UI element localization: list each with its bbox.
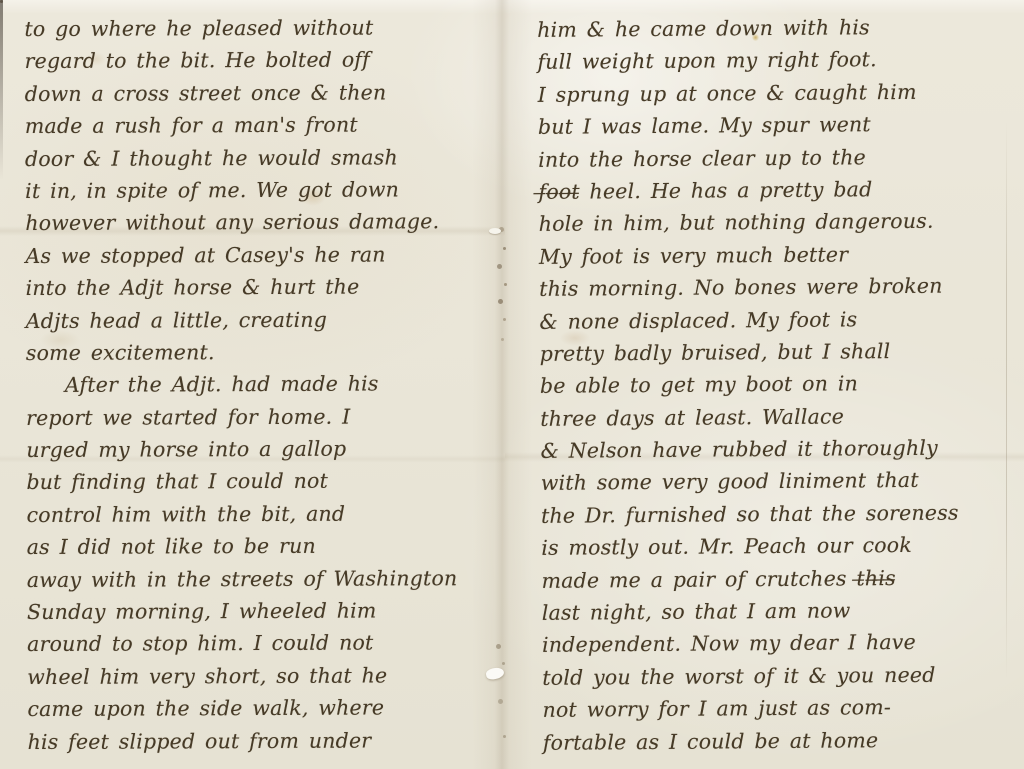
handwritten-line: but finding that I could not (26, 464, 494, 498)
letter-page-left: to go where he pleased withoutregard to … (24, 11, 495, 758)
handwritten-line: some excitement. (26, 335, 494, 369)
handwritten-line: full weight upon my right foot. (537, 43, 1005, 79)
handwritten-line: regard to the bit. He bolted off (25, 43, 493, 77)
handwritten-line: wheel him very short, so that he (27, 659, 495, 693)
letter-page-right: him & he came down with hisfull weight u… (537, 10, 1011, 759)
handwritten-line: him & he came down with his (537, 10, 1005, 46)
handwritten-line: it in, in spite of me. We got down (25, 173, 493, 207)
handwritten-line: away with in the streets of Washington (27, 562, 495, 596)
handwritten-line: door & I thought he would smash (25, 141, 493, 175)
handwritten-line: down a cross street once & then (25, 76, 493, 110)
handwritten-line: Adjts head a little, creating (26, 302, 494, 336)
handwritten-line: three days at least. Wallace (540, 399, 1008, 435)
handwritten-line: After the Adjt. had made his (26, 367, 494, 401)
handwritten-line: be able to get my boot on in (540, 366, 1008, 402)
handwritten-line: made a rush for a man's front (25, 108, 493, 142)
handwritten-line: but I was lame. My spur went (538, 107, 1006, 143)
handwritten-line: urged my horse into a gallop (26, 432, 494, 466)
handwritten-line: & Nelson have rubbed it thoroughly (540, 431, 1008, 467)
handwritten-line: around to stop him. I could not (27, 626, 495, 660)
handwritten-line: told you the worst of it & you need (542, 658, 1010, 694)
handwritten-line: into the Adjt horse & hurt the (26, 270, 494, 304)
handwritten-line: made me a pair of crutches t̶h̶i̶s̶ (541, 561, 1009, 597)
handwritten-line: As we stopped at Casey's he ran (25, 238, 493, 272)
handwritten-line: with some very good liniment that (541, 464, 1009, 500)
handwritten-line: as I did not like to be run (27, 529, 495, 563)
handwritten-line: f̶o̶o̶t̶ heel. He has a pretty bad (538, 172, 1006, 208)
handwritten-line: My foot is very much better (539, 237, 1007, 273)
handwritten-line: last night, so that I am now (542, 593, 1010, 629)
handwritten-line: not worry for I am just as com- (542, 690, 1010, 726)
handwritten-line: pretty badly bruised, but I shall (540, 334, 1008, 370)
handwritten-line: his feet slipped out from under (27, 724, 495, 758)
handwritten-line: control him with the bit, and (26, 497, 494, 531)
scan-edge-shadow (0, 0, 3, 180)
handwritten-line: the Dr. furnished so that the soreness (541, 496, 1009, 532)
handwritten-line: hole in him, but nothing dangerous. (539, 205, 1007, 241)
handwritten-line: this morning. No bones were broken (539, 269, 1007, 305)
letter-scan: to go where he pleased withoutregard to … (0, 0, 1024, 769)
handwritten-line: fortable as I could be at home (543, 723, 1011, 759)
handwritten-line: & none displaced. My foot is (539, 302, 1007, 338)
handwritten-line: is mostly out. Mr. Peach our cook (541, 528, 1009, 564)
handwritten-line: independent. Now my dear I have (542, 626, 1010, 662)
handwritten-line: came upon the side walk, where (27, 691, 495, 725)
handwritten-line: however without any serious damage. (25, 205, 493, 239)
handwritten-line: into the horse clear up to the (538, 140, 1006, 176)
handwritten-line: to go where he pleased without (24, 11, 492, 45)
handwritten-line: report we started for home. I (26, 400, 494, 434)
handwritten-line: I sprung up at once & caught him (538, 75, 1006, 111)
handwritten-line: Sunday morning, I wheeled him (27, 594, 495, 628)
